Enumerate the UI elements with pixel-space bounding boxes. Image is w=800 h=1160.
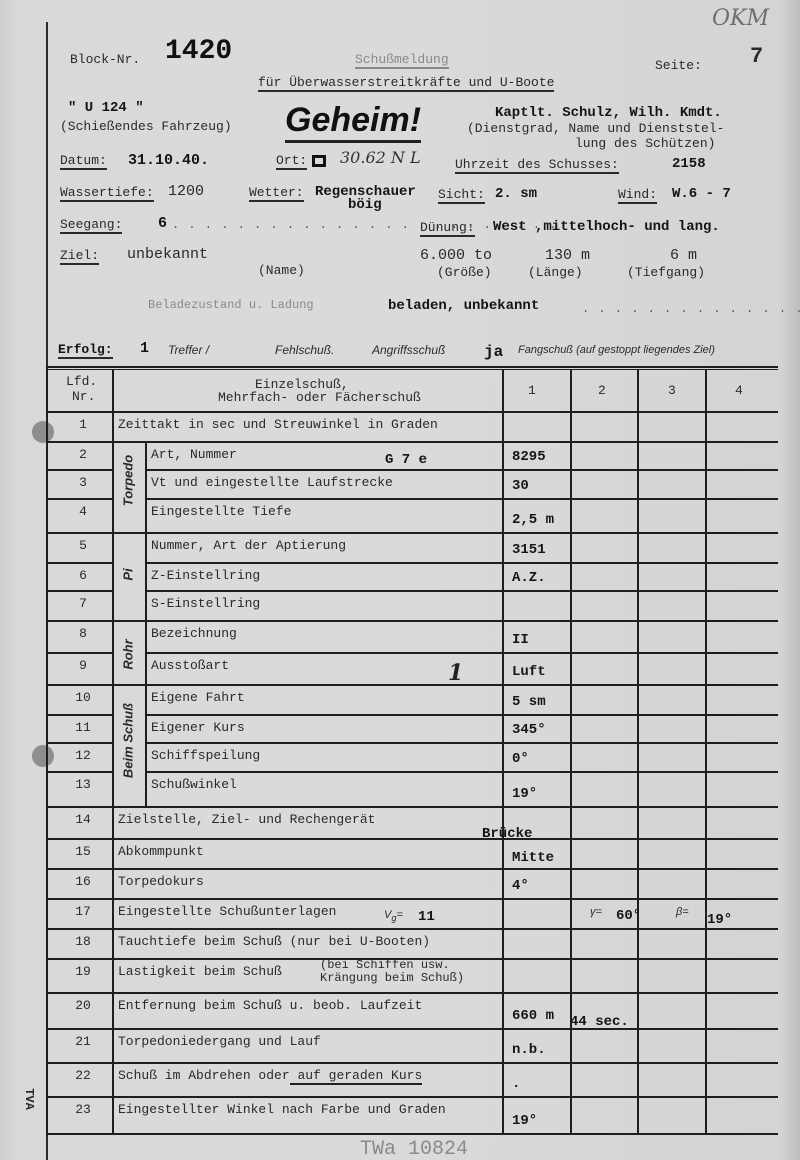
row-value-shot-1: 660 m (512, 1008, 554, 1024)
row-divider (46, 1096, 778, 1098)
ziel-label: Ziel: (60, 248, 99, 265)
row-label: Eigener Kurs (151, 720, 245, 735)
column-divider-value-1 (502, 370, 504, 1133)
row-divider (46, 714, 112, 716)
tiefgang-value: 6 m (670, 247, 697, 264)
wassertiefe-value: 1200 (168, 183, 204, 200)
grid-square-icon (312, 155, 326, 167)
row19-note-1: (bei Schiffen usw. (320, 958, 450, 972)
row-divider (145, 742, 778, 744)
row-label: Eingestellte Tiefe (151, 504, 291, 519)
col-header-2: 2 (598, 383, 606, 398)
col-header-lfd: Lfd. (66, 374, 97, 389)
row-label: Nummer, Art der Aptierung (151, 538, 346, 553)
row-value-shot-1: 5 sm (512, 694, 546, 710)
row-label: Schiffspeilung (151, 748, 260, 763)
col-header-4: 4 (735, 383, 743, 398)
row-number: 14 (48, 812, 118, 827)
row-value-shot-1: n.b. (512, 1042, 546, 1058)
col-header-3: 3 (668, 383, 676, 398)
row-divider (46, 771, 112, 773)
wind-value: W.6 - 7 (672, 186, 731, 202)
row19-note-2: Krängung beim Schuß) (320, 971, 464, 985)
row-label: Schußwinkel (151, 777, 237, 792)
vessel-name: " U 124 " (68, 100, 144, 116)
row-number: 1 (48, 417, 118, 432)
row-divider (46, 590, 112, 592)
ziel-caption: (Name) (258, 263, 305, 278)
datum-value: 31.10.40. (128, 152, 209, 169)
row-number: 4 (48, 504, 118, 519)
row-divider (46, 1062, 778, 1064)
row-divider (46, 620, 778, 622)
datum-label: Datum: (60, 153, 107, 170)
row-divider (145, 498, 778, 500)
row-value-shot-1: 345° (512, 722, 546, 738)
row-divider (145, 714, 778, 716)
row-label: Tauchtiefe beim Schuß (nur bei U-Booten) (118, 934, 430, 949)
group-label-beim-schuss: Beim Schuß (121, 691, 136, 791)
row-value-shot-1: 0° (512, 751, 529, 767)
wetter-label: Wetter: (249, 185, 304, 202)
table-top-rule (46, 366, 778, 368)
row-number: 21 (48, 1034, 118, 1049)
gamma-label: γ= (590, 906, 602, 918)
wetter-value-2: böig (348, 197, 382, 213)
ort-label: Ort: (276, 153, 307, 170)
row-divider (46, 441, 778, 443)
row-label: Torpedoniedergang und Lauf (118, 1034, 321, 1049)
commander-caption-2: lung des Schützen) (575, 136, 715, 151)
beta-value: 19° (707, 912, 732, 928)
treffer-label: Treffer / (168, 343, 209, 357)
row-number: 11 (48, 720, 118, 735)
row-number: 7 (48, 596, 118, 611)
row-number: 5 (48, 538, 118, 553)
row-number: 12 (48, 748, 118, 763)
row-divider (46, 684, 778, 686)
row-number: 23 (48, 1102, 118, 1117)
row-divider (145, 469, 778, 471)
row-label: Bezeichnung (151, 626, 237, 641)
row-label: Zielstelle, Ziel- und Rechengerät (118, 812, 375, 827)
row-number: 17 (48, 904, 118, 919)
secret-stamp: Geheim! (285, 100, 421, 143)
row-value-shot-1: Luft (512, 664, 546, 680)
row-number: 16 (48, 874, 118, 889)
side-mark: TVA (22, 1088, 36, 1110)
row-label: Eigene Fahrt (151, 690, 245, 705)
treffer-value: 1 (140, 340, 149, 357)
row-value-shot-1: II (512, 632, 529, 648)
ort-value: 30.62 N L (340, 148, 421, 167)
row-divider (46, 562, 112, 564)
row-divider (46, 868, 778, 870)
row-number: 15 (48, 844, 118, 859)
erfolg-label: Erfolg: (58, 342, 113, 359)
row-value-shot-1: 30 (512, 478, 529, 494)
row-divider (46, 992, 778, 994)
row-label: Schuß im Abdrehen oder auf geraden Kurs (118, 1068, 422, 1083)
sicht-label: Sicht: (438, 187, 485, 204)
row-divider (46, 898, 778, 900)
duenung-label: Dünung: (420, 220, 475, 237)
angriffsschuss-label: Angriffsschuß (372, 343, 445, 357)
row-value-shot-1: 4° (512, 878, 529, 894)
wassertiefe-label: Wassertiefe: (60, 185, 154, 202)
ziel-value: unbekannt (127, 246, 208, 263)
row-label: Torpedokurs (118, 874, 204, 889)
row-number: 8 (48, 626, 118, 641)
torpedo-type: G 7 e (385, 452, 427, 468)
row-divider (46, 838, 778, 840)
row-divider (46, 958, 778, 960)
seegang-label: Seegang: (60, 217, 122, 234)
form-title: Schußmeldung (355, 52, 449, 69)
uhrzeit-label: Uhrzeit des Schusses: (455, 157, 619, 174)
vessel-caption: (Schießendes Fahrzeug) (60, 119, 232, 134)
beta-label: β= (676, 906, 689, 918)
groesse-value: 6.000 to (420, 247, 492, 264)
col-header-desc-2: Mehrfach- oder Fächerschuß (218, 390, 421, 405)
row-label: Eingestellte Schußunterlagen (118, 904, 336, 919)
wind-label: Wind: (618, 187, 657, 204)
row-value-shot-1: 3151 (512, 542, 546, 558)
row-divider (145, 652, 778, 654)
row-divider (46, 928, 778, 930)
row-label: S-Einstellring (151, 596, 260, 611)
column-divider-value-3 (637, 370, 639, 1133)
block-label: Block-Nr. (70, 52, 140, 67)
row-value-shot-1: 2,5 m (512, 512, 554, 528)
row-divider (46, 1133, 778, 1135)
row-divider (46, 532, 778, 534)
block-number: 1420 (165, 36, 232, 67)
row-label: Abkommpunkt (118, 844, 204, 859)
row-number: 6 (48, 568, 118, 583)
column-divider-value-4 (705, 370, 707, 1133)
row-divider (145, 590, 778, 592)
document-page: Block-Nr. 1420 Schußmeldung für Überwass… (0, 0, 800, 1160)
row-number: 2 (48, 447, 118, 462)
row-divider (46, 469, 112, 471)
row-divider (46, 1028, 778, 1030)
row-divider (46, 498, 112, 500)
row-label: Eingestellter Winkel nach Farbe und Grad… (118, 1102, 446, 1117)
row-value-shot-1: Mitte (512, 850, 554, 866)
group-label-rohr: Rohr (121, 635, 136, 675)
laenge-caption: (Länge) (528, 265, 583, 280)
row-number: 19 (48, 964, 118, 979)
commander-caption-1: (Dienstgrad, Name und Dienststel- (467, 121, 724, 136)
row-divider (46, 806, 778, 808)
group-label-pi: Pi (121, 560, 136, 590)
fangschuss-label: Fangschuß (auf gestoppt liegendes Ziel) (518, 344, 715, 356)
row-label: Ausstoßart (151, 658, 229, 673)
row-number: 10 (48, 690, 118, 705)
sicht-value: 2. sm (495, 186, 537, 202)
vg-label: Vg= (384, 909, 403, 923)
corner-handwritten-note: OKM (712, 6, 769, 31)
col-header-nr: Nr. (72, 389, 95, 404)
row-label: Z-Einstellring (151, 568, 260, 583)
laenge-value: 130 m (545, 247, 590, 264)
row-divider (145, 562, 778, 564)
tiefgang-caption: (Tiefgang) (627, 265, 705, 280)
duenung-value: West ,mittelhoch- und lang. (493, 219, 720, 235)
column-divider-group (145, 441, 147, 806)
uhrzeit-value: 2158 (672, 156, 706, 172)
col-header-1: 1 (528, 383, 536, 398)
row-value-shot-1: . (512, 1076, 520, 1092)
row-value-shot-1: 8295 (512, 449, 546, 465)
row-number: 20 (48, 998, 118, 1013)
row-number: 22 (48, 1068, 118, 1083)
row-divider (46, 742, 112, 744)
row-label: Vt und eingestellte Laufstrecke (151, 475, 393, 490)
row-number: 3 (48, 475, 118, 490)
angriffsschuss-value: ja (484, 343, 503, 361)
group-label-torpedo: Torpedo (121, 441, 136, 521)
seegang-value: 6 (158, 215, 167, 232)
row-value-shot-1: 19° (512, 1113, 537, 1129)
archive-stamp: TWa 10824 (360, 1138, 468, 1160)
table-top-rule-2 (46, 369, 778, 370)
row-number: 9 (48, 658, 118, 673)
column-divider-value-2 (570, 370, 572, 1133)
page-label: Seite: (655, 58, 702, 73)
row-number: 13 (48, 777, 118, 792)
row-label: Art, Nummer (151, 447, 237, 462)
fehlschuss-label: Fehlschuß. (275, 343, 334, 357)
beladung-value: beladen, unbekannt (388, 298, 539, 314)
row-label: Zeittakt in sec und Streuwinkel in Grade… (118, 417, 438, 432)
groesse-caption: (Größe) (437, 265, 492, 280)
row-label: Lastigkeit beim Schuß (118, 964, 282, 979)
row-label: Entfernung beim Schuß u. beob. Laufzeit (118, 998, 422, 1013)
row-divider (46, 652, 112, 654)
beladung-label: Beladezustand u. Ladung (148, 298, 314, 312)
commander-name: Kaptlt. Schulz, Wilh. Kmdt. (495, 105, 722, 121)
page-number: 7 (750, 44, 763, 69)
row-divider (145, 771, 778, 773)
row-value-shot-1: 19° (512, 786, 537, 802)
header-row-divider (46, 411, 778, 413)
row-number: 18 (48, 934, 118, 949)
handwritten-mark: 1 (448, 660, 463, 686)
row-value-shot-1: Brücke (482, 826, 532, 842)
vg-value: 11 (418, 909, 435, 925)
beladung-dotted-line: . . . . . . . . . . . . . . . . (582, 302, 800, 316)
row-value-shot-1: A.Z. (512, 570, 546, 586)
form-subtitle: für Überwasserstreitkräfte und U-Boote (258, 75, 554, 92)
